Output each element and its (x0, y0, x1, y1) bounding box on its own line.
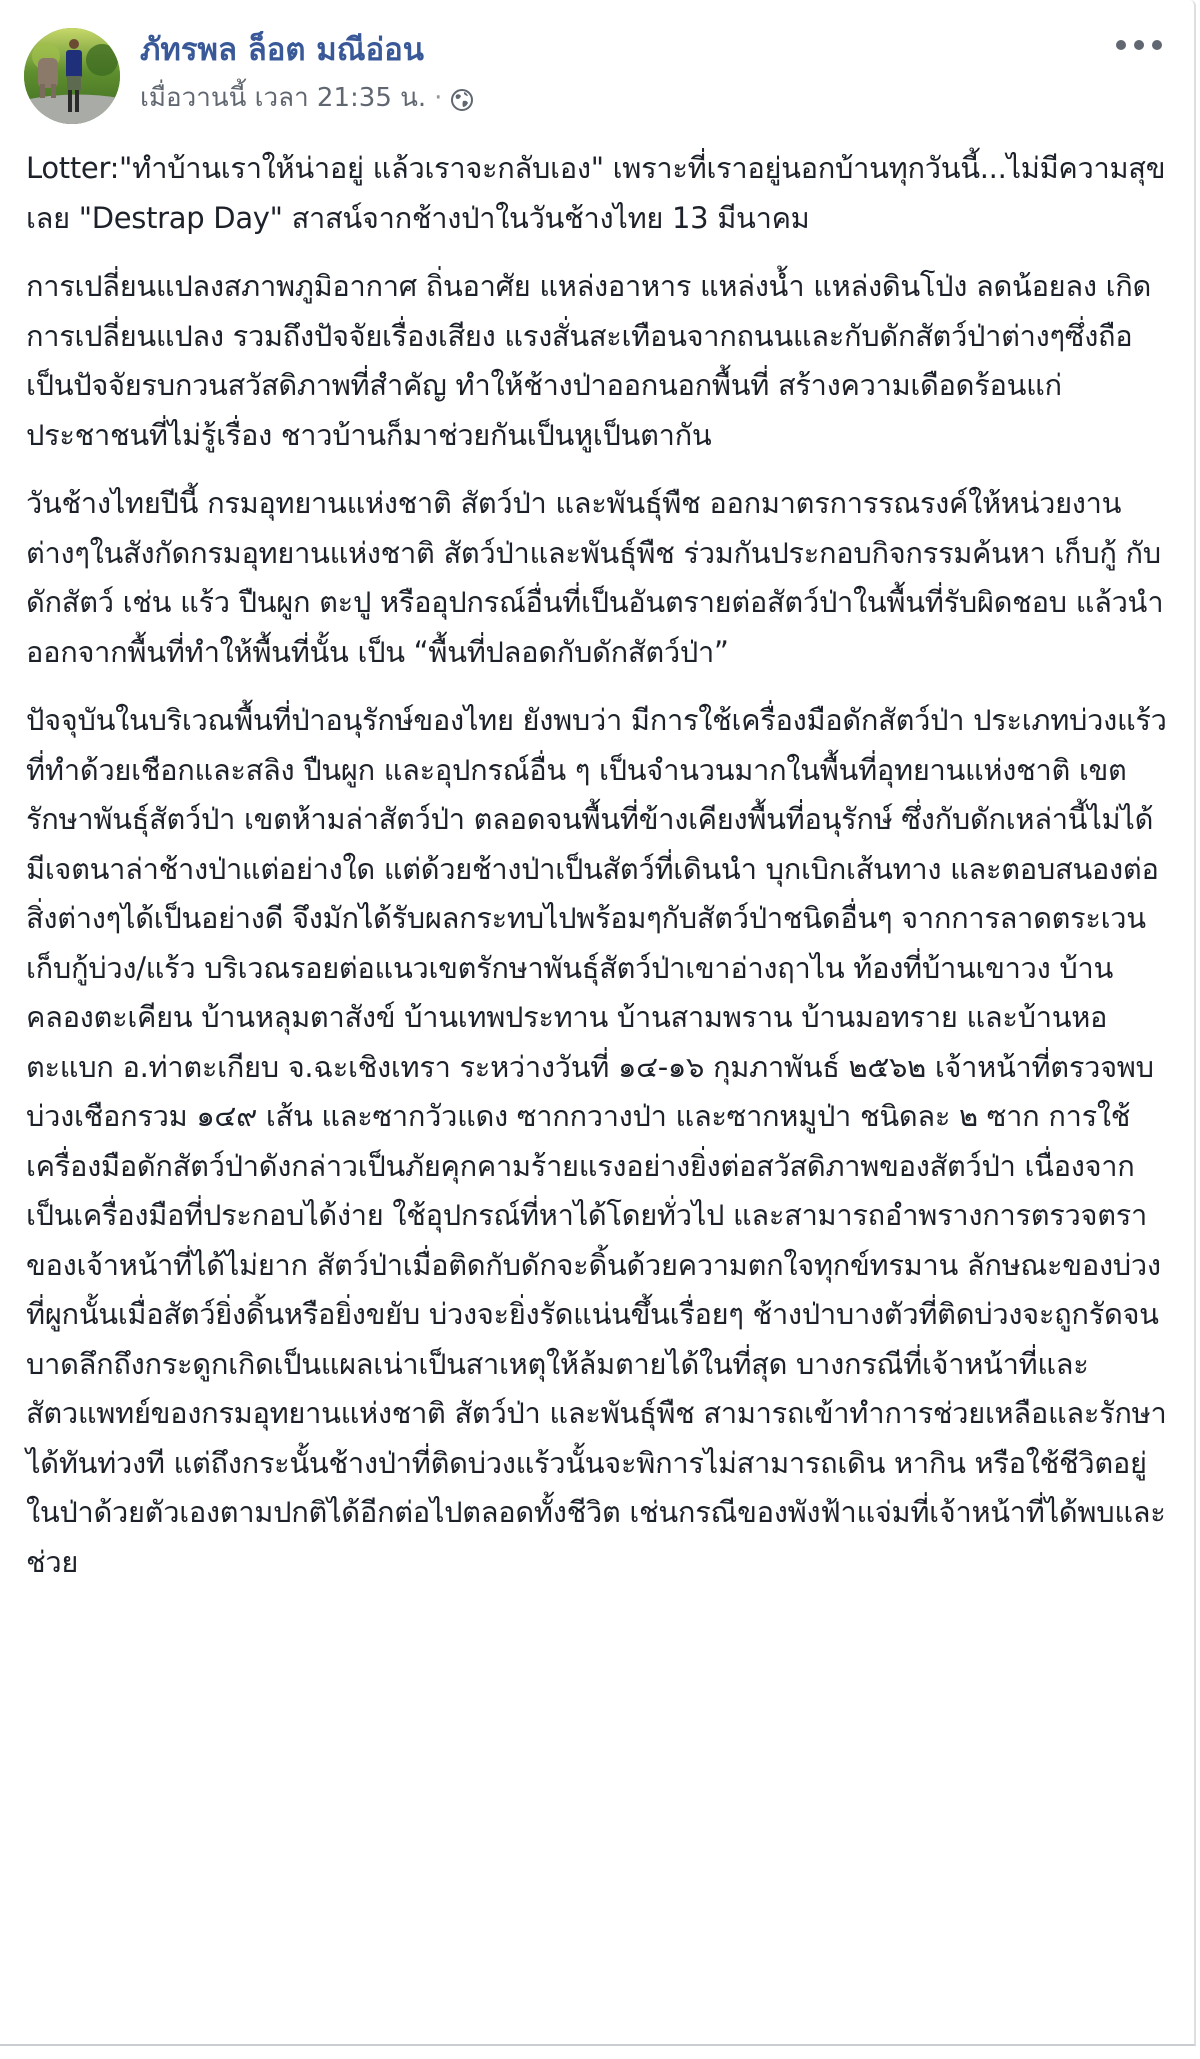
more-options-icon-dot (1152, 40, 1162, 50)
post-timestamp-link[interactable]: เมื่อวานนี้ เวลา 21:35 น. (140, 80, 426, 116)
globe-icon[interactable] (450, 86, 474, 110)
post-meta: เมื่อวานนี้ เวลา 21:35 น. · (140, 80, 474, 116)
post-body: Lotter:"ทำบ้านเราให้น่าอยู่ แล้วเราจะกลั… (26, 144, 1171, 1606)
post-paragraph: Lotter:"ทำบ้านเราให้น่าอยู่ แล้วเราจะกลั… (26, 144, 1171, 243)
avatar-photo-icon (24, 28, 120, 124)
more-options-icon-dot (1116, 40, 1126, 50)
post-paragraph: การเปลี่ยนแปลงสภาพภูมิอากาศ ถิ่นอาศัย แห… (26, 262, 1171, 460)
author-avatar[interactable] (24, 28, 120, 124)
more-options-button[interactable] (1116, 30, 1162, 60)
post-header: ภัทรพล ล็อต มณีอ่อน เมื่อวานนี้ เวลา 21:… (24, 28, 1170, 128)
post-paragraph: วันช้างไทยปีนี้ กรมอุทยานแห่งชาติ สัตว์ป… (26, 479, 1171, 677)
meta-separator: · (434, 80, 442, 116)
post-card: ภัทรพล ล็อต มณีอ่อน เมื่อวานนี้ เวลา 21:… (0, 0, 1196, 2046)
more-options-icon-dot (1134, 40, 1144, 50)
author-name-link[interactable]: ภัทรพล ล็อต มณีอ่อน (140, 30, 424, 70)
post-paragraph: ปัจจุบันในบริเวณพื้นที่ป่าอนุรักษ์ของไทย… (26, 696, 1171, 1587)
